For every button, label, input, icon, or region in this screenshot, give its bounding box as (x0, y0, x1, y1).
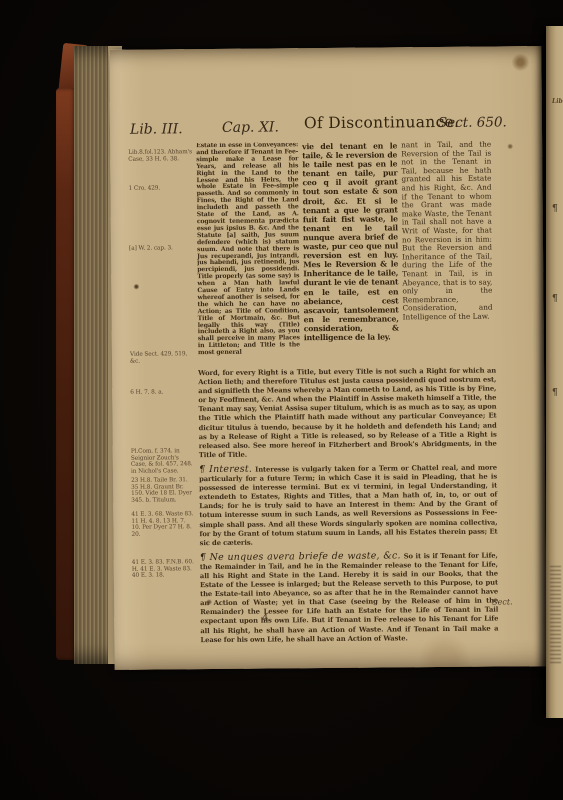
header-sect: Sect. 650. (438, 114, 507, 131)
page-number: 4 (262, 613, 268, 624)
opposite-page-sliver: Lib. ¶ ¶ ¶ (546, 26, 563, 718)
title-commentary-text: Word, for every Right is a Title, but ev… (198, 367, 497, 459)
french-text-column: vie del tenant en le taile, & le reversi… (302, 141, 399, 368)
margin-note: Lib.8.fol.123. Abham's Case, 33 H. 6. 38… (128, 149, 192, 163)
interest-paragraph: ¶ Interest.Interesse is vulgarly taken f… (199, 462, 498, 547)
book-photo: Lib. III. Cap. XI. Of Discontinuance. Se… (0, 0, 563, 800)
book-page: Lib. III. Cap. XI. Of Discontinuance. Se… (109, 46, 546, 670)
margin-note: 41 E. 3. 68. Waste 83. 11 H. 4. 8. 13 H.… (131, 511, 195, 538)
margin-note: 23 H.8. Taile Br. 31. 35 H.8. Graunt Br.… (131, 477, 195, 504)
opposite-page-text-lines (550, 566, 561, 666)
title-commentary-paragraph: Word, for every Right is a Title, but ev… (198, 367, 497, 461)
opposite-page-fragment: ¶ (552, 294, 558, 304)
margin-note: Pl.Com. f. 374. in Seignior Zouch's Case… (131, 448, 195, 475)
margin-note: 6 H. 7. 8. a. (130, 389, 194, 396)
three-column-section: Estate in esse in Conveyances: and there… (196, 141, 494, 370)
waste-text: So it is if Tenant for Life, the Remaind… (200, 551, 499, 643)
commentary-body: Word, for every Right is a Title, but ev… (198, 367, 498, 650)
header-cap: Cap. XI. (222, 119, 279, 135)
page-header: Lib. III. Cap. XI. Of Discontinuance. Se… (110, 112, 542, 142)
opposite-page-fragment: ¶ (552, 204, 558, 214)
interest-text: Interesse is vulgarly taken for a Term o… (199, 463, 498, 546)
page-title: Of Discontinuance. (304, 113, 459, 132)
english-text-column: nant in Tail, and the Reversion of the T… (401, 141, 493, 368)
margin-note: 41 E. 3. 83. F.N.B. 60. H. 41 E. 3. Wast… (132, 559, 196, 579)
catchword: Sect. (492, 597, 513, 606)
waste-paragraph: ¶ Ne unques avera briefe de waste, &c.So… (200, 550, 499, 645)
opposite-page-fragment: Lib. (552, 98, 563, 105)
commentary-column: Estate in esse in Conveyances: and there… (196, 142, 300, 369)
margin-note: [a] W. 2. cap. 3. (129, 245, 193, 252)
margin-note: 1 Cro. 429. (128, 185, 192, 192)
margin-note: Vide Sect. 429, 519, &c. (130, 351, 194, 365)
opposite-page-fragment: ¶ (552, 388, 558, 398)
interest-lead: ¶ Interest. (199, 464, 255, 475)
header-lib: Lib. III. (130, 121, 183, 137)
